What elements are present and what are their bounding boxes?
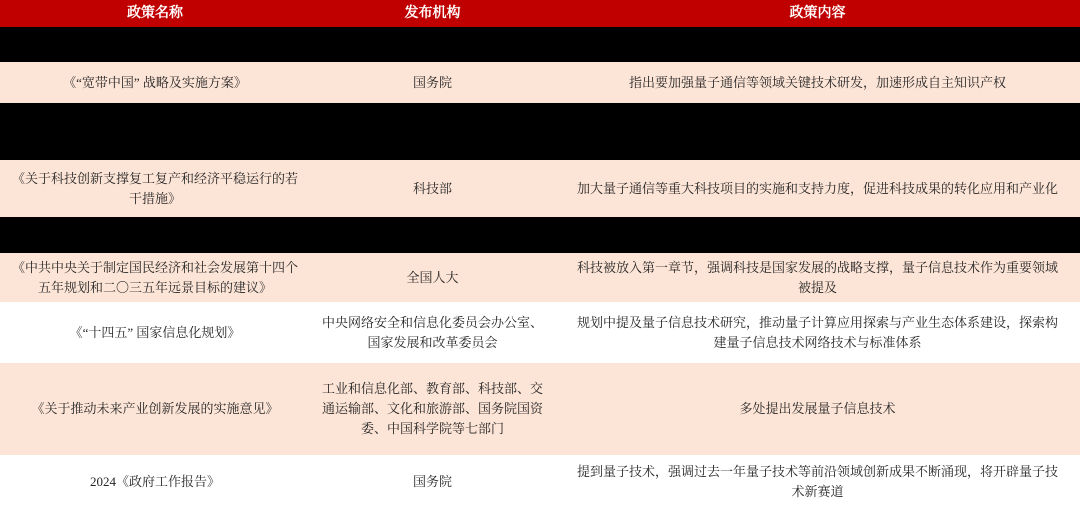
- column-header-policy-content: 政策内容: [555, 0, 1080, 27]
- agency-cell: 国务院: [310, 455, 555, 509]
- agency-cell: 全国人大: [310, 253, 555, 302]
- content-cell: 多处提出发展量子信息技术: [555, 363, 1080, 455]
- table-row-informatization-plan: 《“十四五” 国家信息化规划》 中央网络安全和信息化委员会办公室、国家发展和改革…: [0, 302, 1080, 363]
- table-header-row: 政策名称 发布机构 政策内容: [0, 0, 1080, 27]
- table-row-future-industries: 《关于推动未来产业创新发展的实施意见》 工业和信息化部、教育部、科技部、交通运输…: [0, 363, 1080, 455]
- table-row-2024-work-report: 2024《政府工作报告》 国务院 提到量子技术，强调过去一年量子技术等前沿领域创…: [0, 455, 1080, 509]
- column-header-issuing-agency: 发布机构: [310, 0, 555, 27]
- content-cell: 加大量子通信等重大科技项目的实施和支持力度，促进科技成果的转化应用和产业化: [555, 160, 1080, 217]
- policy-name-cell: 《关于科技创新支撑复工复产和经济平稳运行的若干措施》: [0, 160, 310, 217]
- policy-name-cell: 《“宽带中国” 战略及实施方案》: [0, 62, 310, 103]
- policy-name-cell: 《中共中央关于制定国民经济和社会发展第十四个五年规划和二〇三五年远景目标的建议》: [0, 253, 310, 302]
- table-row-14th-five-year-proposal: 《中共中央关于制定国民经济和社会发展第十四个五年规划和二〇三五年远景目标的建议》…: [0, 253, 1080, 302]
- redacted-row-1: [0, 27, 1080, 62]
- content-cell: 规划中提及量子信息技术研究，推动量子计算应用探索与产业生态体系建设，探索构建量子…: [555, 302, 1080, 363]
- agency-cell: 中央网络安全和信息化委员会办公室、国家发展和改革委员会: [310, 302, 555, 363]
- policy-table: 政策名称 发布机构 政策内容 《“宽带中国” 战略及实施方案》 国务院 指出要加…: [0, 0, 1080, 509]
- content-cell: 科技被放入第一章节，强调科技是国家发展的战略支撑，量子信息技术作为重要领域被提及: [555, 253, 1080, 302]
- redacted-row-3: [0, 217, 1080, 253]
- policy-name-cell: 2024《政府工作报告》: [0, 455, 310, 509]
- policy-name-cell: 《关于推动未来产业创新发展的实施意见》: [0, 363, 310, 455]
- table-row-sci-tech-innovation: 《关于科技创新支撑复工复产和经济平稳运行的若干措施》 科技部 加大量子通信等重大…: [0, 160, 1080, 217]
- column-header-policy-name: 政策名称: [0, 0, 310, 27]
- redacted-row-2: [0, 103, 1080, 160]
- agency-cell: 工业和信息化部、教育部、科技部、交通运输部、文化和旅游部、国务院国资委、中国科学…: [310, 363, 555, 455]
- table-row-broadband-china: 《“宽带中国” 战略及实施方案》 国务院 指出要加强量子通信等领域关键技术研发，…: [0, 62, 1080, 103]
- policy-name-cell: 《“十四五” 国家信息化规划》: [0, 302, 310, 363]
- content-cell: 提到量子技术，强调过去一年量子技术等前沿领域创新成果不断涌现，将开辟量子技术新赛…: [555, 455, 1080, 509]
- content-cell: 指出要加强量子通信等领域关键技术研发，加速形成自主知识产权: [555, 62, 1080, 103]
- agency-cell: 国务院: [310, 62, 555, 103]
- agency-cell: 科技部: [310, 160, 555, 217]
